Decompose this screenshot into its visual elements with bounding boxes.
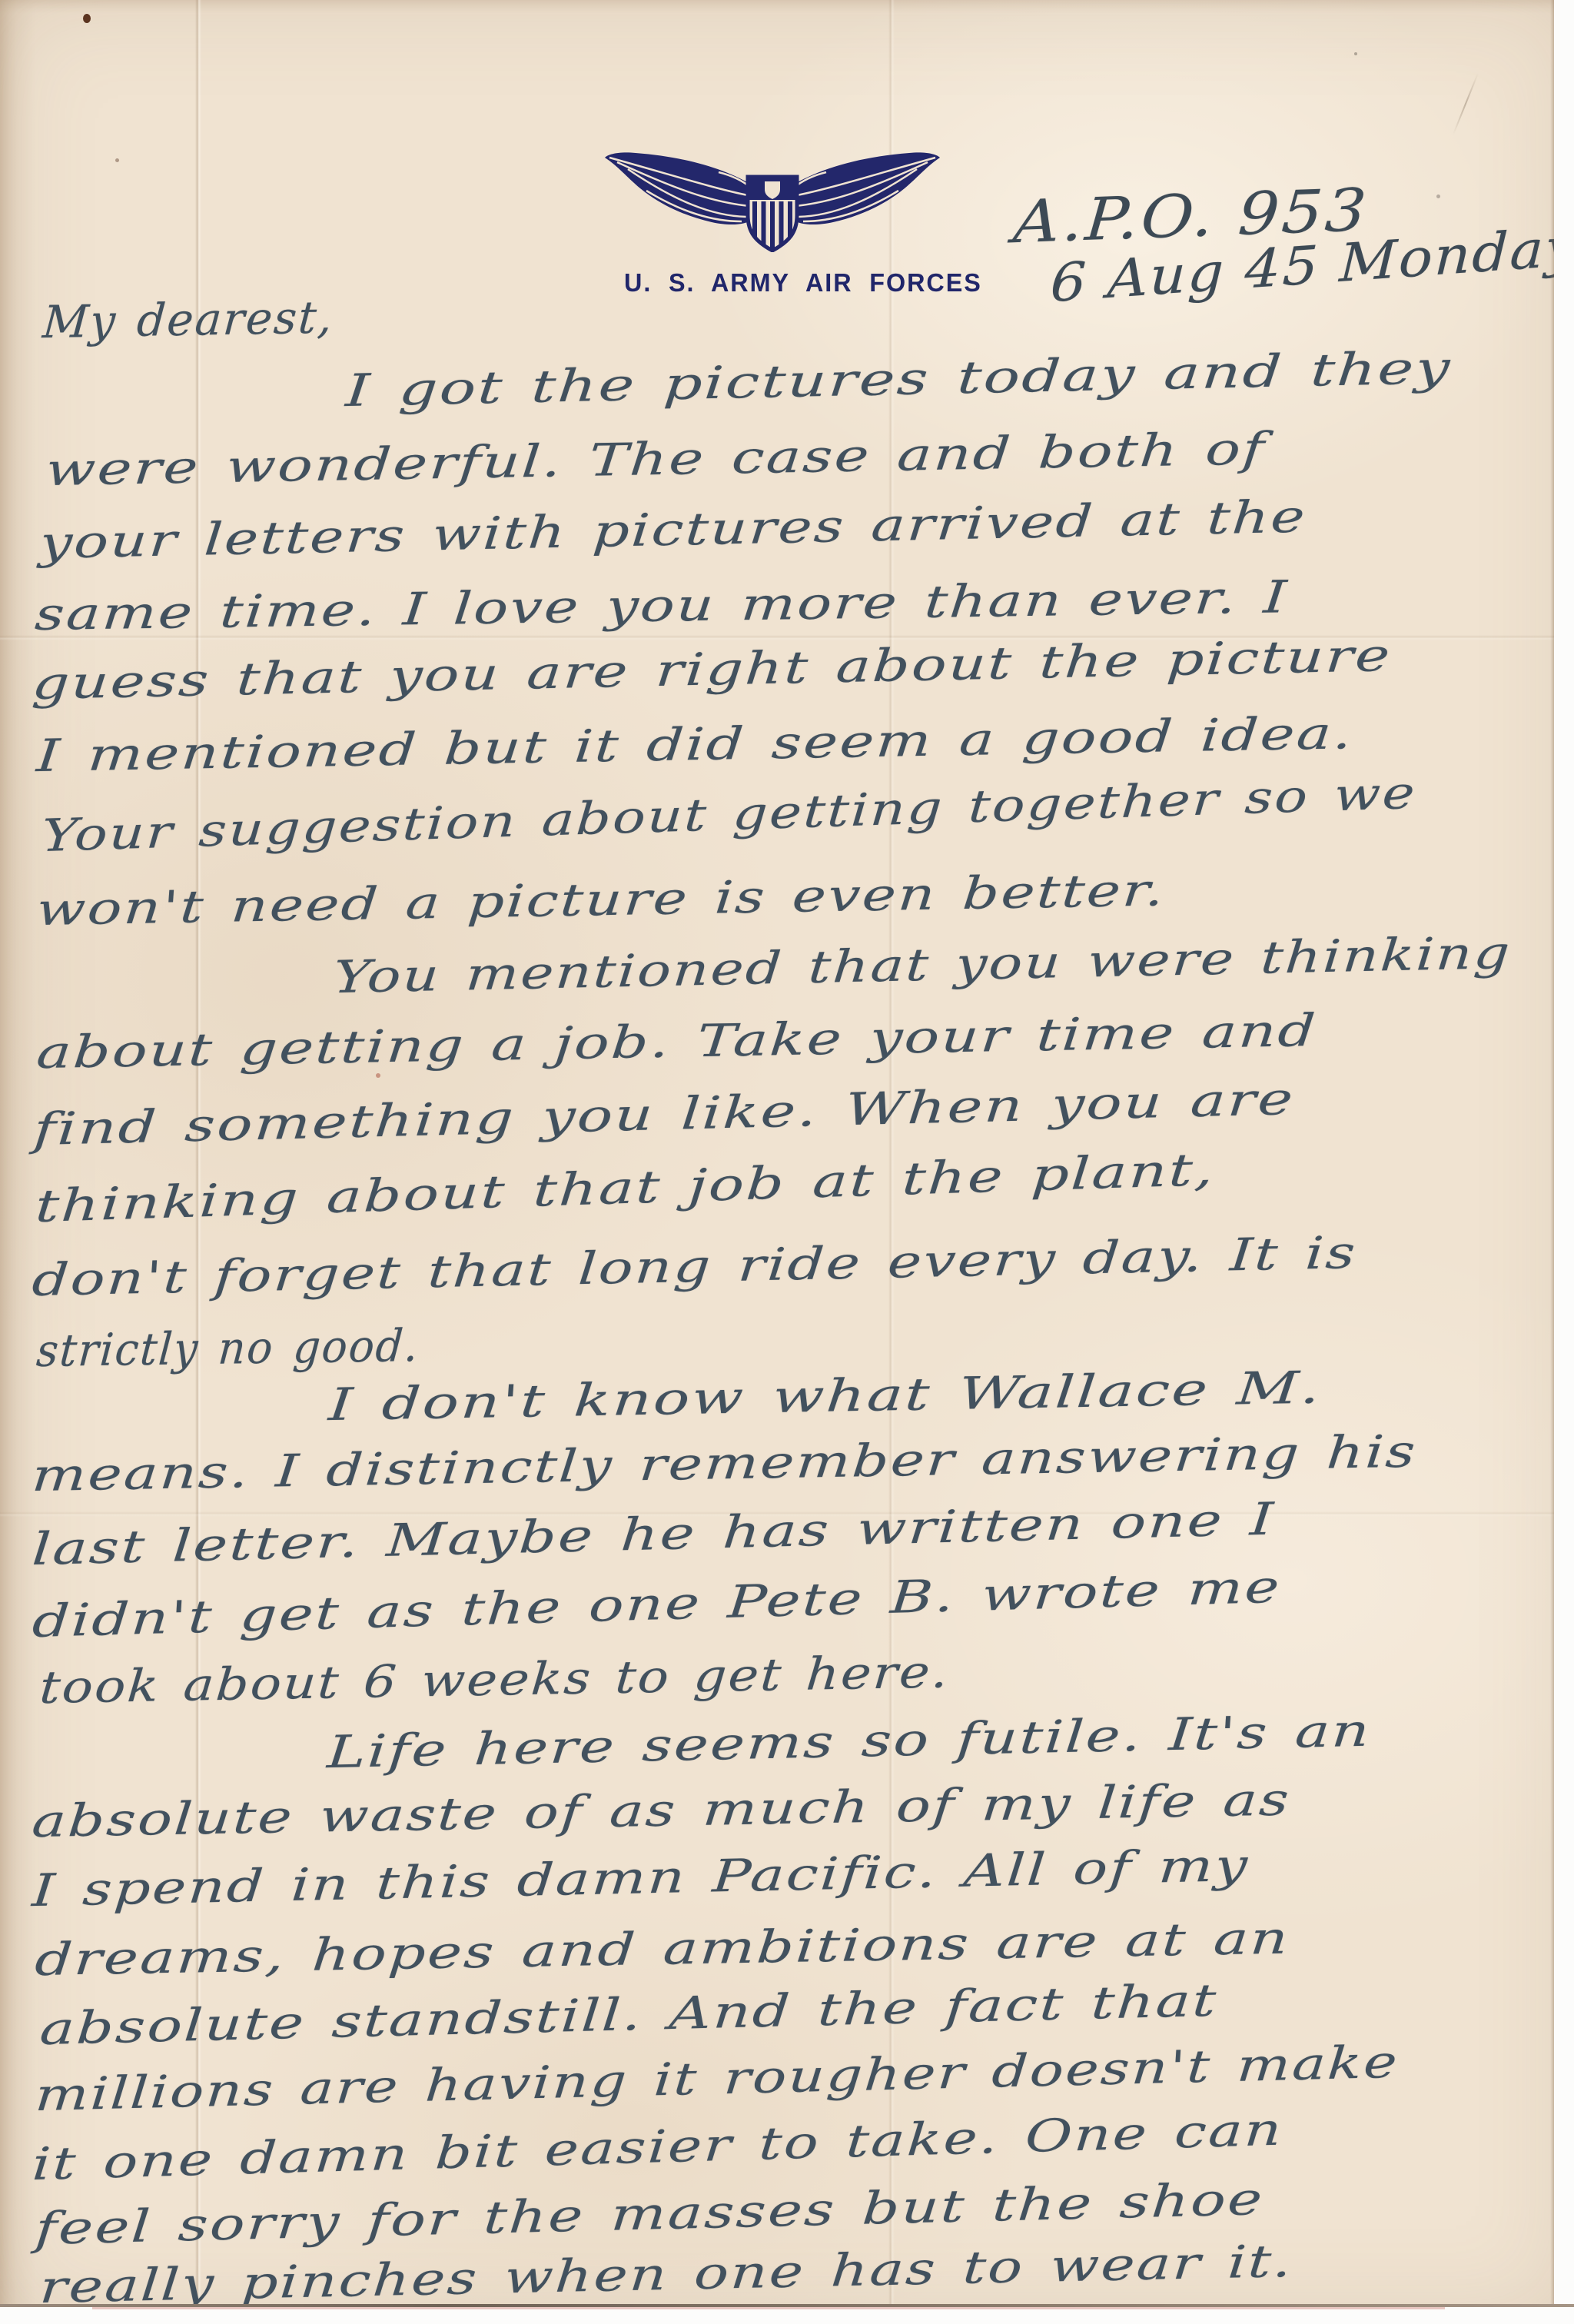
letter-line: I spend in this damn Pacific. All of my [31, 1841, 1250, 1916]
scan-background-right-edge [1554, 0, 1574, 2324]
shield [748, 177, 797, 251]
letter-line: My dearest, [42, 293, 336, 347]
letter-line: find something you like. When you are [32, 1075, 1297, 1155]
paper-speck [115, 158, 119, 162]
left-wing [605, 152, 758, 224]
letter-line: took about 6 weeks to get here. [38, 1647, 951, 1713]
letter-line: I don't know what Wallace M. [327, 1363, 1323, 1429]
letter-line: means. I distinctly remember answering h… [31, 1428, 1419, 1501]
letter-line: last letter. Maybe he has written one I [31, 1494, 1277, 1574]
letter-line: absolute waste of as much of my life as [31, 1775, 1293, 1846]
army-air-forces-wings-emblem [602, 151, 943, 252]
paper-bottom-edge [0, 2304, 1574, 2324]
letter-line: didn't get as the one Pete B. wrote me [31, 1563, 1283, 1647]
letter-line: You mentioned that you were thinking [332, 929, 1513, 1002]
letter-line: strictly no good. [35, 1322, 421, 1376]
letter-line: absolute standstill. And the fact that [38, 1977, 1219, 2054]
letter-line: were wonderful. The case and both of [45, 424, 1268, 495]
paper-speck [376, 1073, 380, 1078]
letter-line: don't forget that long ride every day. I… [31, 1228, 1359, 1305]
letter-line: dreams, hopes and ambitions are at an [34, 1914, 1292, 1985]
letter-line: about getting a job. Take your time and [35, 1006, 1319, 1078]
paper-speck [1354, 52, 1357, 55]
letter-line: I mentioned but it did seem a good idea. [35, 709, 1356, 781]
letter-line: thinking about that job at the plant, [34, 1145, 1217, 1232]
paper-speck [1436, 194, 1440, 198]
paper-speck [83, 14, 91, 23]
paper-wrinkle-line [1453, 73, 1479, 135]
letter-line: Your suggestion about getting together s… [40, 769, 1417, 861]
letter-line: guess that you are right about the pictu… [31, 631, 1393, 709]
letter-line: your letters with pictures arrived at th… [38, 492, 1308, 567]
letter-line: same time. I love you more than ever. I [33, 573, 1290, 640]
right-wing [787, 152, 940, 224]
letter-line: won't need a picture is even better. [35, 866, 1167, 935]
letter-line: Life here seems so futile. It's an [326, 1707, 1373, 1777]
letter-page: U. S. ARMY AIR FORCES A.P.O. 953 6 Aug 4… [0, 0, 1574, 2324]
letter-line: I got the pictures today and they [344, 344, 1453, 416]
letterhead-organization: U. S. ARMY AIR FORCES [624, 268, 929, 298]
